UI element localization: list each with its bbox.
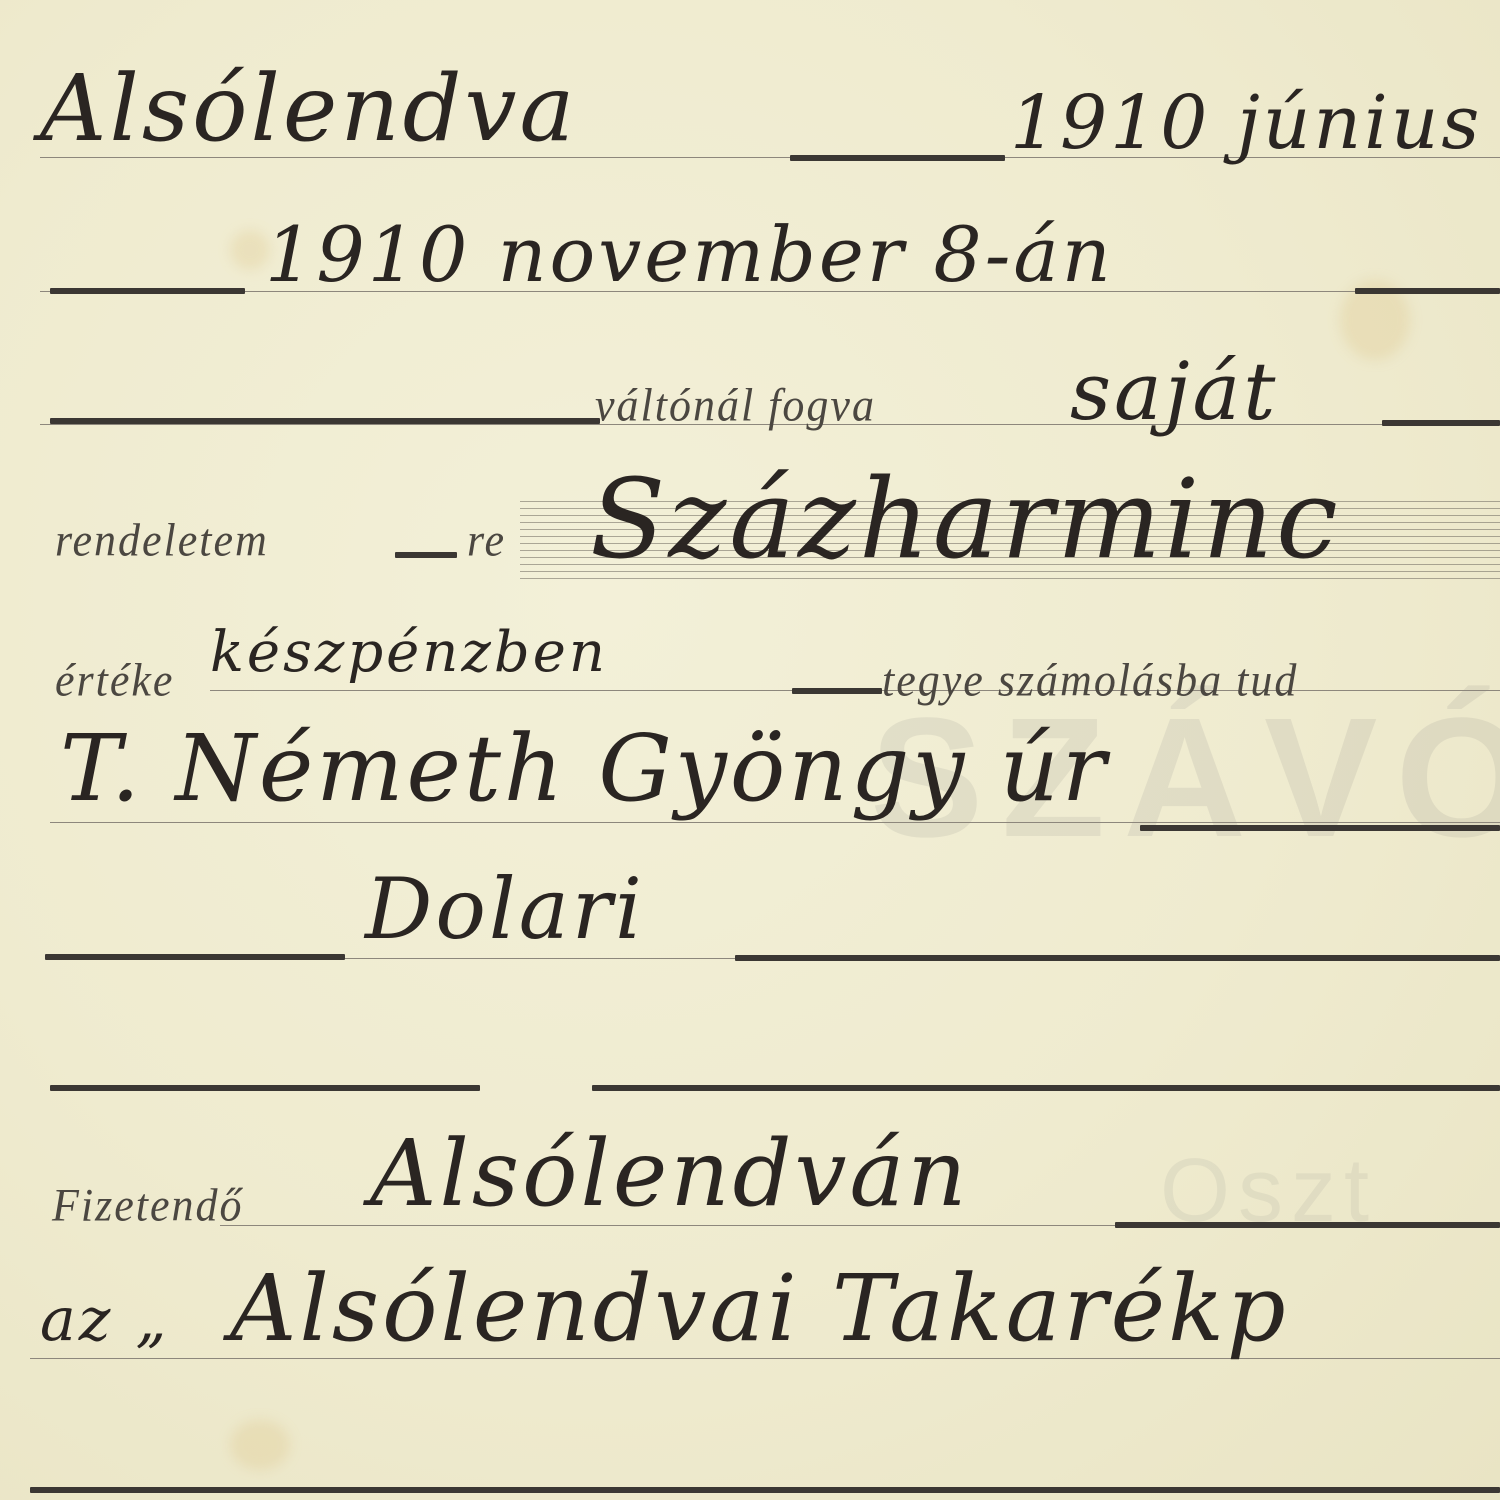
due-date: 1910 november 8-án (265, 210, 1114, 299)
rule-line (50, 822, 1500, 823)
printed-label-valtonal-fogva: váltónál fogva (595, 379, 876, 433)
fill-dash (50, 418, 600, 424)
fill-dash (45, 954, 345, 960)
drawee-name: T. Németh Gyöngy úr (60, 715, 1109, 822)
printed-label-erteke: értéke (55, 654, 174, 708)
printed-label-fizetendo: Fizetendő (52, 1179, 244, 1233)
fill-dash (735, 955, 1500, 961)
payment-place: Alsólendván (370, 1120, 970, 1227)
issue-date: 1910 június (1010, 80, 1482, 166)
fill-dash (50, 1085, 480, 1091)
fill-dash (592, 1085, 1500, 1091)
fill-dash (30, 1487, 1500, 1493)
printed-label-rendeletem: rendeletem (55, 514, 269, 568)
printed-label-re: re (467, 514, 506, 568)
fill-dash (50, 288, 245, 294)
value-received: készpénzben (210, 620, 608, 685)
bank-name: Alsólendvai Takarékp (230, 1255, 1289, 1362)
issue-place: Alsólendva (40, 55, 577, 162)
fill-dash (395, 552, 457, 558)
paper-stain (230, 230, 270, 270)
drawee-location: Dolari (365, 860, 645, 958)
fill-dash (1115, 1222, 1500, 1228)
fill-dash (790, 155, 1005, 161)
paper-stain (230, 1420, 290, 1470)
fill-dash (1140, 825, 1500, 831)
fill-dash (1355, 288, 1500, 294)
printed-label-tegye-szamolasba: tegye számolásba tud (882, 654, 1298, 708)
fill-dash (792, 688, 882, 694)
fill-dash (1382, 420, 1500, 426)
bank-prefix: az „ (40, 1285, 170, 1355)
order-party: saját (1070, 345, 1278, 438)
amount-in-words: Százharminc (590, 455, 1341, 583)
